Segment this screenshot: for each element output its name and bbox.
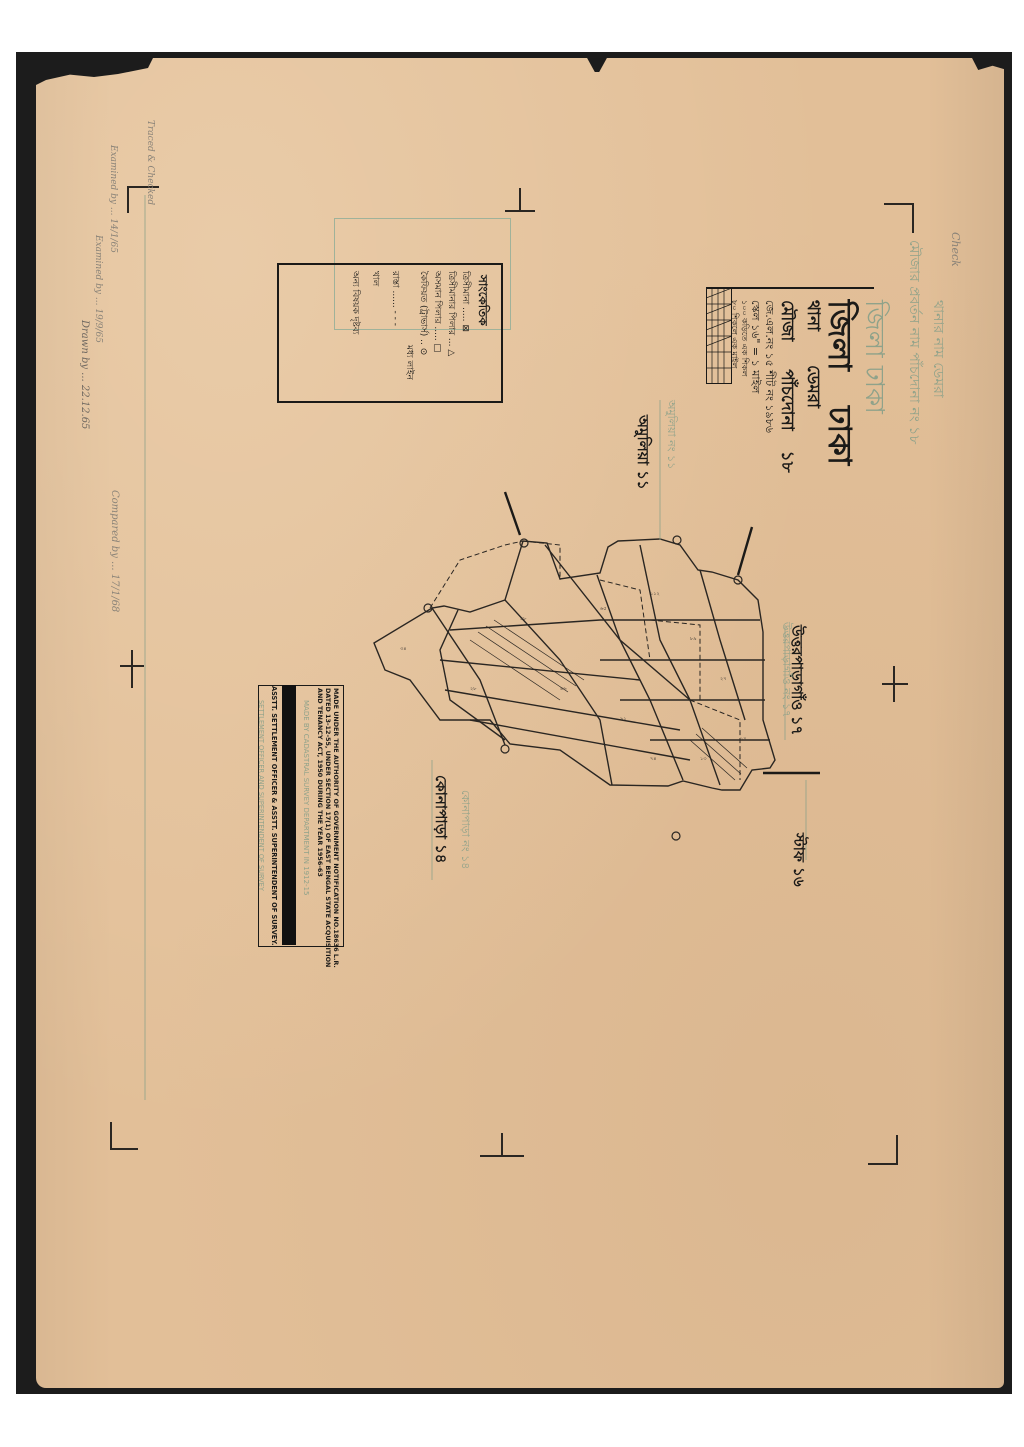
svg-text:৮৯: ৮৯ <box>690 636 697 642</box>
neighbor-north-green: অমুলিয়া নং ১১ <box>661 400 680 469</box>
pencil-annotation: Examined by ... 14/1/65 <box>108 145 118 253</box>
svg-text:৯১: ৯১ <box>620 716 627 722</box>
pencil-annotation: Drawn by ... 22.12.65 <box>79 320 90 429</box>
parcel-map: ৪৮৬৫১১২ ৮৯২৭৪৬ ৯১১৩২৮ ৩৪৭৪১৭ <box>0 0 1024 1447</box>
neighbor-east-green: উত্তরপাড়াগাঁও নং ১৭ <box>776 622 795 717</box>
svg-text:২৮: ২৮ <box>470 686 477 692</box>
pencil-annotation: Traced & Checked <box>145 120 155 205</box>
svg-text:৭৪: ৭৪ <box>650 756 657 762</box>
svg-text:৩৪: ৩৪ <box>400 646 407 652</box>
pillar-icon <box>672 832 680 840</box>
neighbor-north: অমুলিয়া ১১ <box>629 415 654 490</box>
svg-text:৪৬: ৪৬ <box>560 686 567 692</box>
svg-text:১৩: ১৩ <box>700 756 707 762</box>
svg-text:৬৫: ৬৫ <box>600 606 607 612</box>
svg-text:১৭: ১৭ <box>740 736 747 742</box>
pillar-icon <box>501 745 509 753</box>
neighbor-west: কোনাপাড়া ১৪ <box>427 775 452 864</box>
svg-text:২৭: ২৭ <box>720 676 727 682</box>
pencil-annotation: Compared by ... 17/1/68 <box>109 490 120 612</box>
mouza-boundary <box>374 539 775 790</box>
svg-text:৪৮: ৪৮ <box>520 616 527 622</box>
pencil-annotation: Examined by ... 19/9/65 <box>93 235 103 343</box>
neighbor-west-green: কোনাপাড়া নং ১৪ <box>455 790 474 869</box>
neighbor-south: স্টাফ ১৬ <box>785 833 810 887</box>
svg-text:১১২: ১১২ <box>650 591 660 597</box>
pillar-icon <box>673 536 681 544</box>
pillar-icon <box>520 539 528 547</box>
